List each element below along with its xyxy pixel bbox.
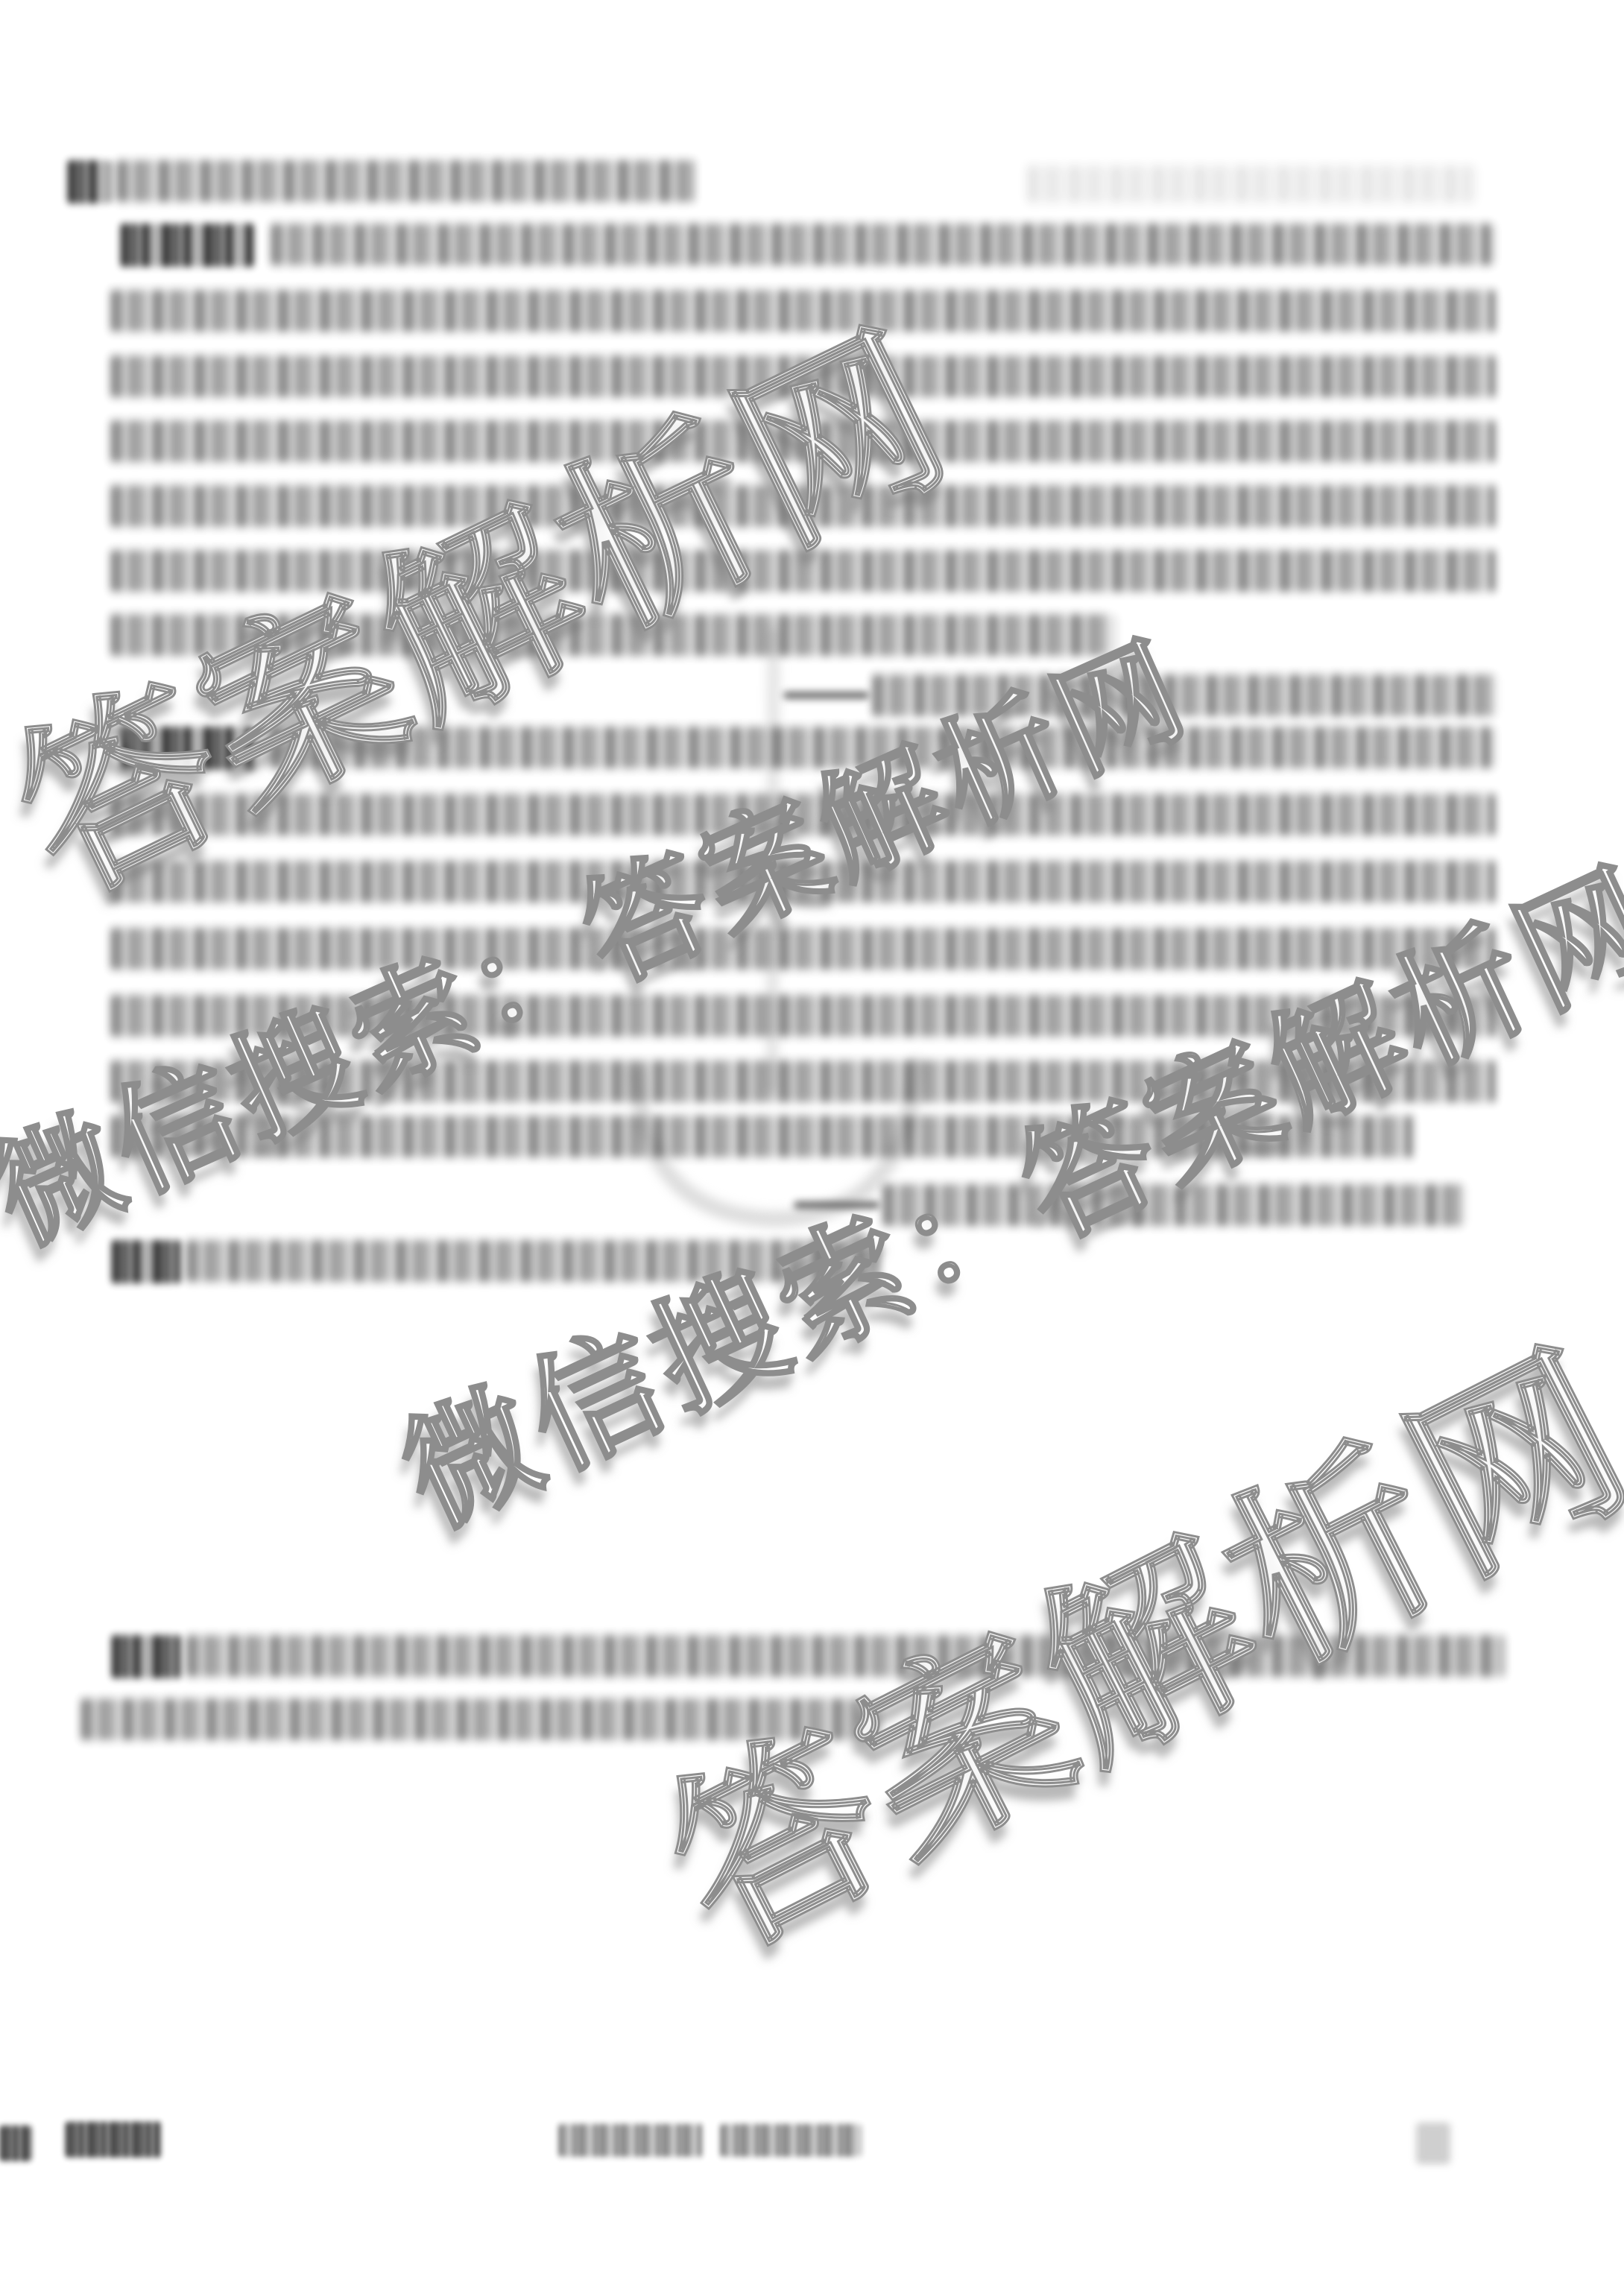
blurred-question-header bbox=[118, 160, 694, 202]
blurred-material-2-line bbox=[112, 928, 1494, 970]
blurred-footer-left-mark bbox=[0, 2125, 31, 2161]
blurred-footer-right-mark bbox=[1416, 2122, 1450, 2164]
blurred-material-1-line bbox=[272, 224, 1493, 265]
blurred-footer-left-text bbox=[66, 2122, 161, 2158]
blurred-faint-margin-text bbox=[1029, 165, 1476, 203]
blurred-material-1-heading bbox=[121, 224, 253, 267]
scanned-exam-page: 答案解析网微信搜索：答案解析网微信搜索：答案解析网答案解析网 bbox=[0, 0, 1624, 2276]
blurred-footer-center-title bbox=[559, 2124, 702, 2157]
blurred-question-number bbox=[68, 160, 111, 203]
blurred-footer-center-pagenum bbox=[721, 2124, 861, 2157]
blurred-sub-question-2-number bbox=[112, 1635, 180, 1678]
blurred-sub-question-1-number bbox=[112, 1240, 180, 1283]
blurred-attribution-dash bbox=[783, 692, 869, 699]
blurred-material-1-line bbox=[112, 290, 1494, 332]
